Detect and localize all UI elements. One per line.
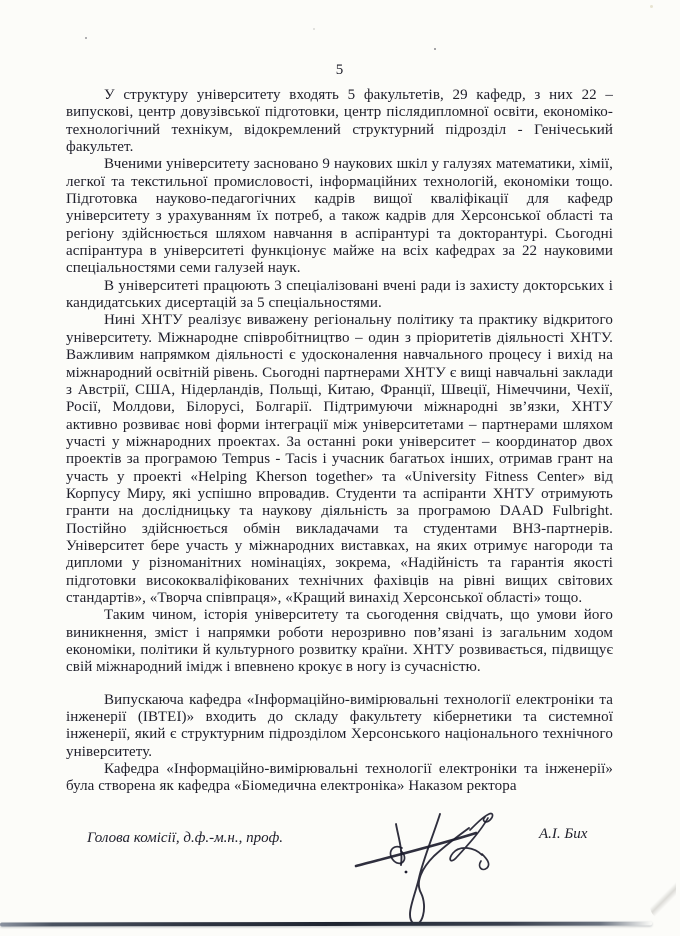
scan-speck [650, 5, 653, 8]
paragraph-university-structure: У структуру університету входять 5 факул… [66, 87, 613, 156]
closing-role-title: Голова комісії, д.ф.-м.н., проф. [87, 830, 283, 847]
closing-signatory-name: А.І. Бих [539, 826, 587, 843]
paragraph-conclusion: Таким чином, історія університету та сьо… [66, 607, 613, 676]
page-corner-curl [650, 880, 676, 920]
scanned-document-page: 5 У структуру університету входять 5 фак… [0, 0, 680, 936]
paragraph-international-activity: Нині ХНТУ реалізує виважену регіональну … [66, 312, 613, 607]
document-body: У структуру університету входять 5 факул… [66, 87, 613, 796]
paragraph-graduating-department: Випускаюча кафедра «Інформаційно-вимірюв… [66, 692, 613, 761]
paragraph-specialized-councils: В університеті працюють 3 спеціалізовані… [66, 278, 613, 313]
scan-speck [434, 48, 436, 50]
paragraph-scientific-schools: Вченими університету засновано 9 наукови… [66, 156, 613, 277]
scan-speck [313, 28, 315, 30]
handwritten-signature-icon [350, 808, 510, 936]
page-number: 5 [66, 62, 613, 79]
page-bottom-edge-shadow [0, 922, 652, 926]
scan-speck [85, 37, 87, 39]
paragraph-department-history: Кафедра «Інформаційно-вимірювальні техно… [66, 761, 613, 796]
